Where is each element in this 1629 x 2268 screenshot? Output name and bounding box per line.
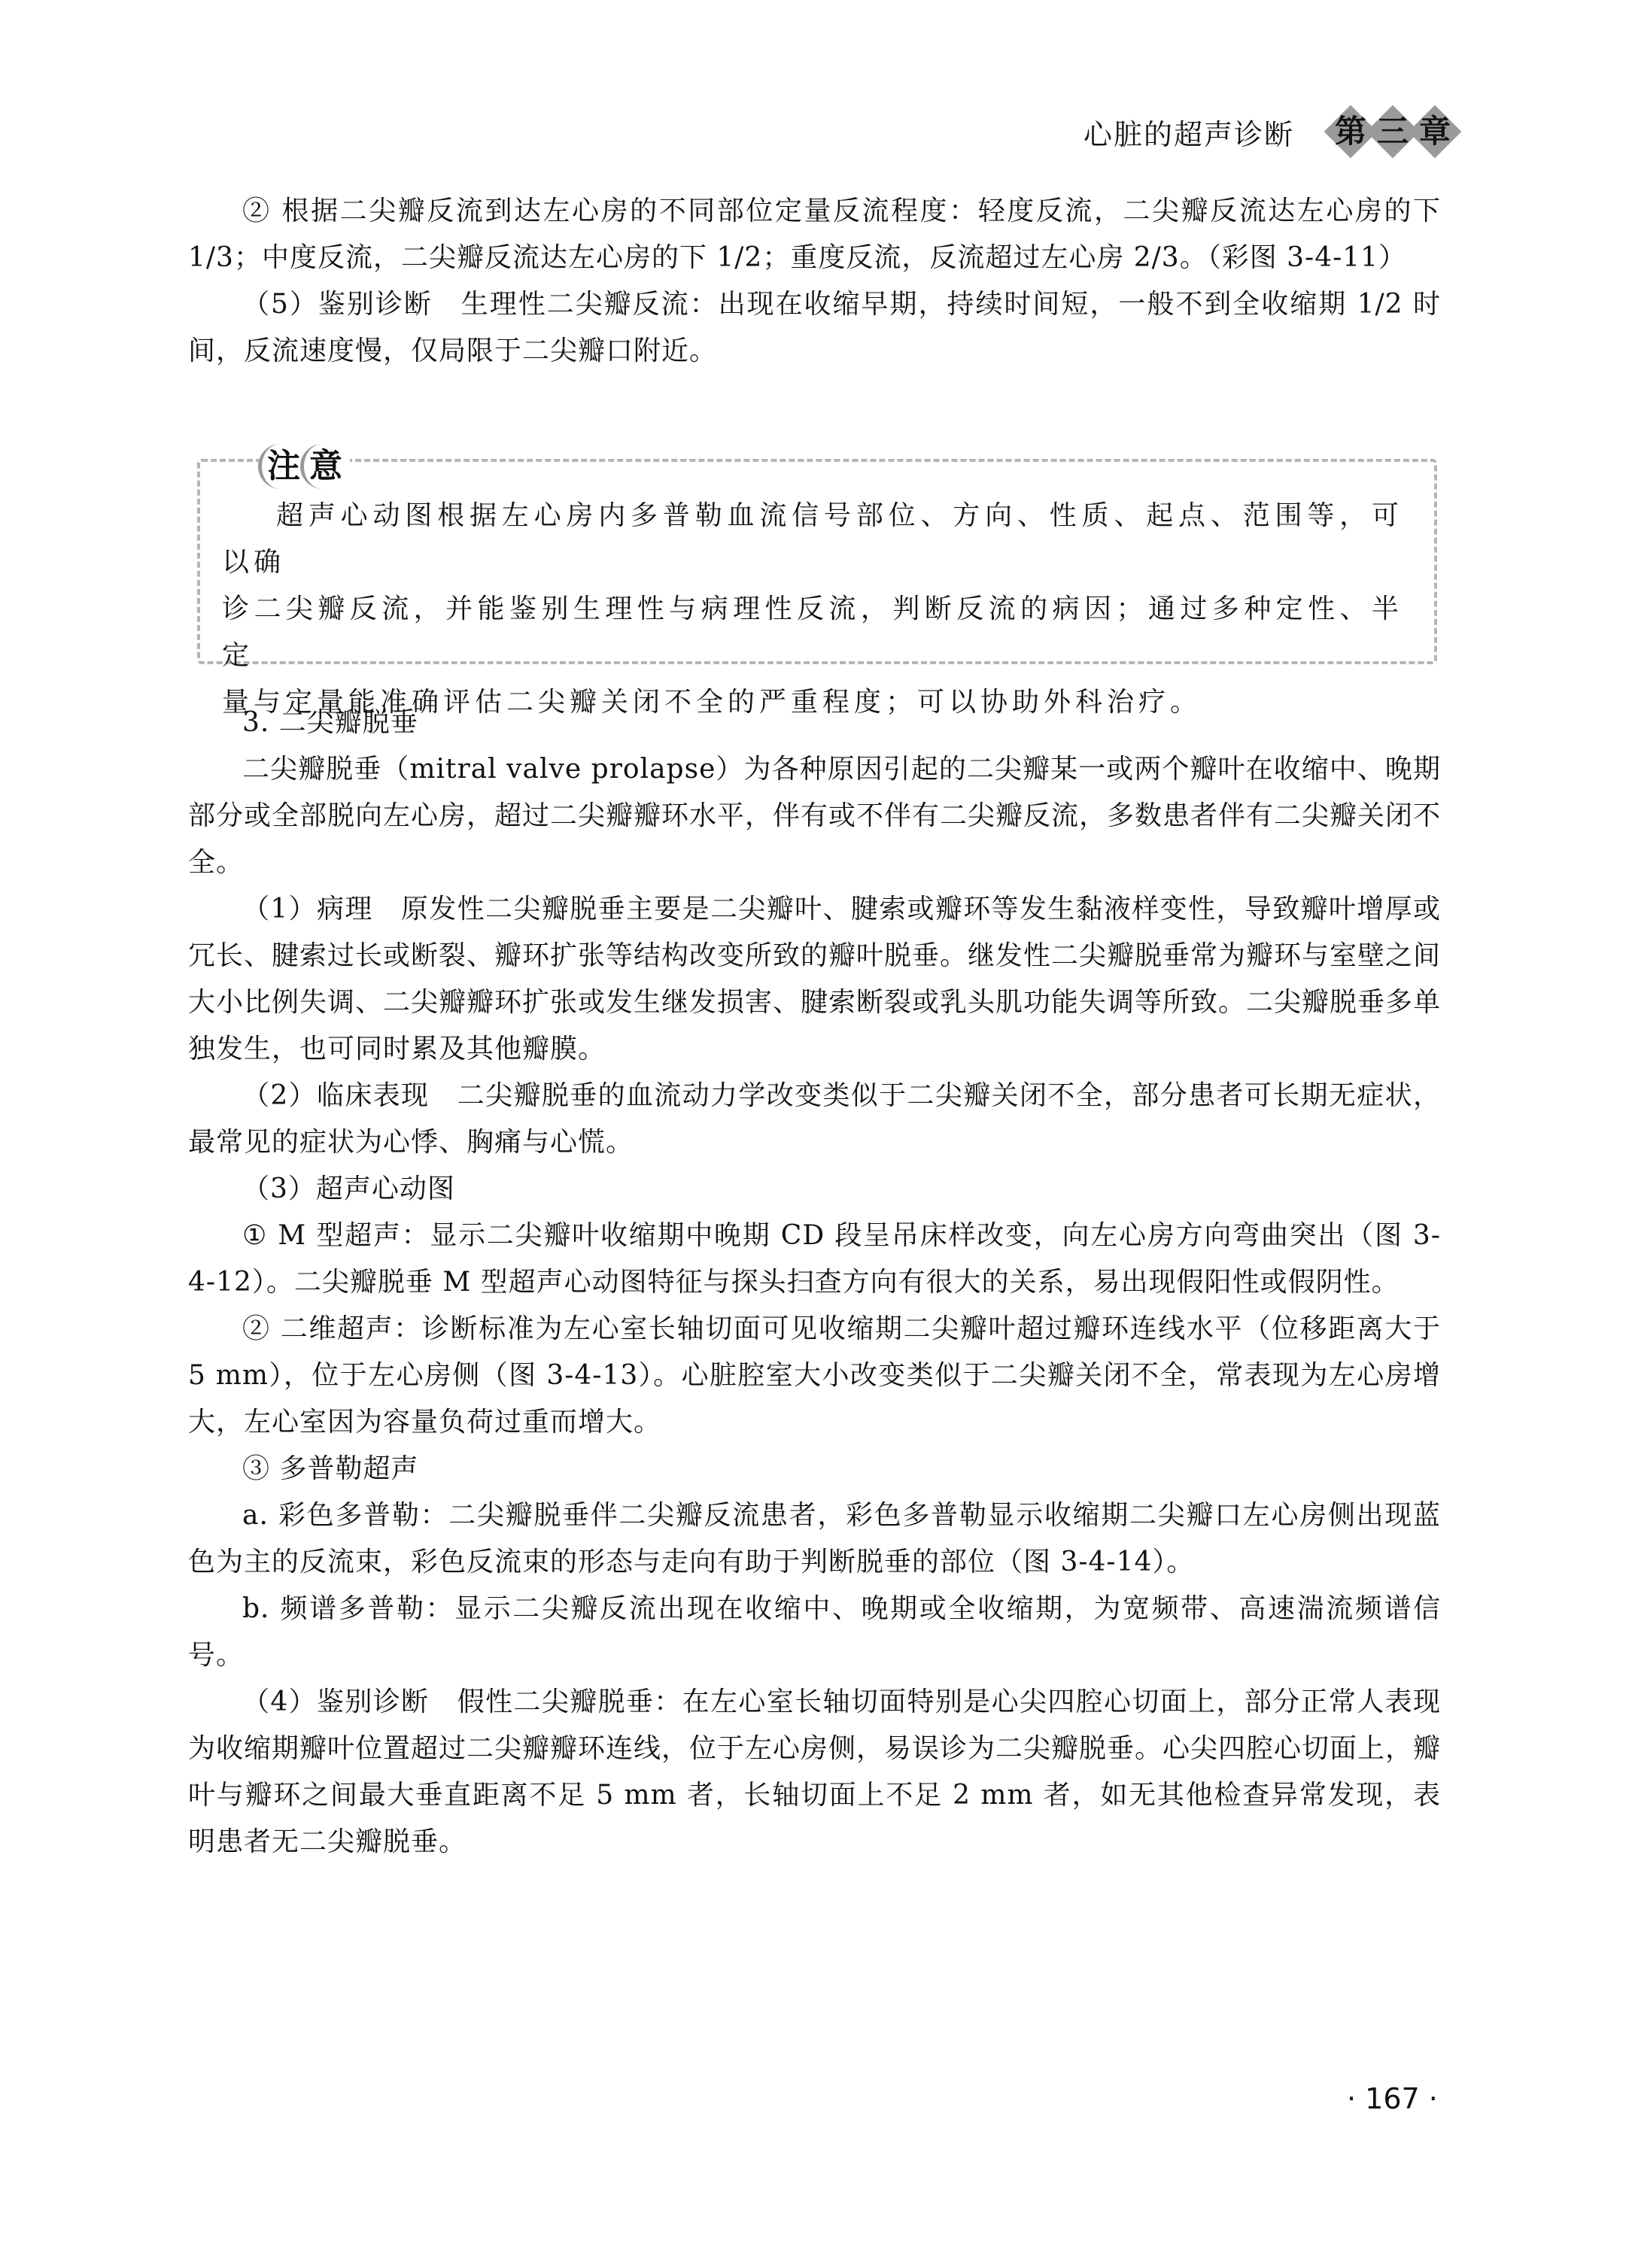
note-title: 注 意	[260, 445, 350, 487]
note-line: 诊二尖瓣反流，并能鉴别生理性与病理性反流，判断反流的病因；通过多种定性、半定	[222, 586, 1403, 679]
paragraph: 二尖瓣脱垂（mitral valve prolapse）为各种原因引起的二尖瓣某…	[188, 746, 1441, 886]
paragraph: ② 根据二尖瓣反流到达左心房的不同部位定量反流程度：轻度反流，二尖瓣反流达左心房…	[188, 188, 1441, 281]
section-heading: 3. 二尖瓣脱垂	[188, 700, 1441, 746]
body-top: ② 根据二尖瓣反流到达左心房的不同部位定量反流程度：轻度反流，二尖瓣反流达左心房…	[188, 188, 1441, 375]
note-title-char: 意	[305, 445, 347, 487]
page-number: · 167 ·	[1347, 2082, 1438, 2115]
chapter-diamond: 章	[1409, 105, 1461, 158]
note-title-char: 注	[263, 445, 305, 487]
paragraph: （5）鉴别诊断 生理性二尖瓣反流：出现在收缩早期，持续时间短，一般不到全收缩期 …	[188, 281, 1441, 375]
paragraph: ③ 多普勒超声	[188, 1446, 1441, 1492]
note-line: 超声心动图根据左心房内多普勒血流信号部位、方向、性质、起点、范围等，可以确	[222, 493, 1403, 586]
chapter-badge: 第 三 章	[1324, 105, 1451, 158]
running-header-title: 心脏的超声诊断	[1083, 111, 1294, 153]
note-text: 超声心动图根据左心房内多普勒血流信号部位、方向、性质、起点、范围等，可以确 诊二…	[222, 493, 1403, 726]
running-header: 心脏的超声诊断 第 三 章	[1083, 105, 1451, 158]
paragraph: （4）鉴别诊断 假性二尖瓣脱垂：在左心室长轴切面特别是心尖四腔心切面上，部分正常…	[188, 1679, 1441, 1866]
paragraph: （2）临床表现 二尖瓣脱垂的血流动力学改变类似于二尖瓣关闭不全，部分患者可长期无…	[188, 1073, 1441, 1166]
paragraph: ① M 型超声：显示二尖瓣叶收缩期中晚期 CD 段呈吊床样改变，向左心房方向弯曲…	[188, 1213, 1441, 1306]
paragraph: b. 频谱多普勒：显示二尖瓣反流出现在收缩中、晚期或全收缩期，为宽频带、高速湍流…	[188, 1586, 1441, 1679]
chapter-char: 章	[1409, 105, 1461, 158]
paragraph: ② 二维超声：诊断标准为左心室长轴切面可见收缩期二尖瓣叶超过瓣环连线水平（位移距…	[188, 1306, 1441, 1446]
paragraph: （3）超声心动图	[188, 1166, 1441, 1213]
paragraph: （1）病理 原发性二尖瓣脱垂主要是二尖瓣叶、腱索或瓣环等发生黏液样变性，导致瓣叶…	[188, 886, 1441, 1073]
paragraph: a. 彩色多普勒：二尖瓣脱垂伴二尖瓣反流患者，彩色多普勒显示收缩期二尖瓣口左心房…	[188, 1492, 1441, 1586]
body-section: 3. 二尖瓣脱垂 二尖瓣脱垂（mitral valve prolapse）为各种…	[188, 700, 1441, 1866]
